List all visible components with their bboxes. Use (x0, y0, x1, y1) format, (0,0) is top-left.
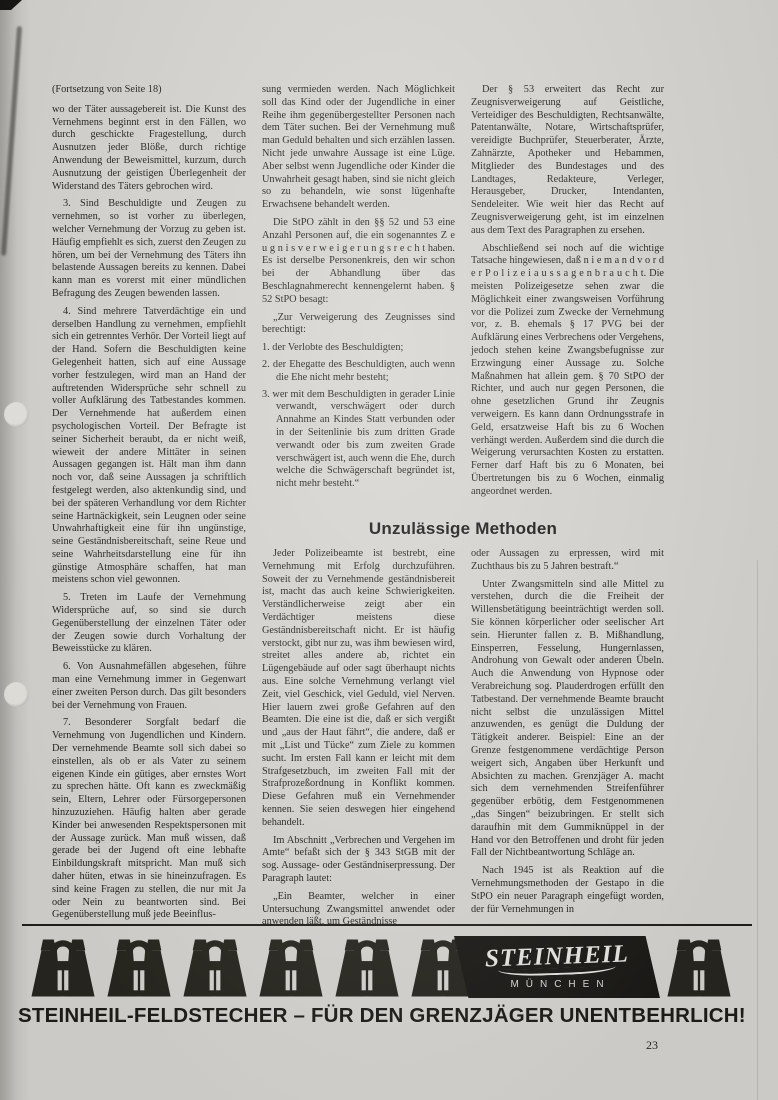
steinheil-logo: STEINHEIL MÜNCHEN (454, 936, 660, 998)
binoculars-icon (328, 938, 406, 998)
list-item: 3. wer mit dem Beschuldigten in gerader … (262, 389, 455, 491)
column-3-top: Der § 53 erweitert das Recht zur Zeugnis… (471, 84, 664, 508)
legal-list: 1. der Verlobte des Beschuldigten;2. der… (262, 342, 455, 491)
paragraph: sung vermieden werden. Nach Möglichkeit … (262, 84, 455, 212)
magazine-page: (Fortsetzung von Seite 18) wo der Täter … (0, 0, 778, 1100)
lower-section: Jeder Polizeibeamte ist bestrebt, eine V… (262, 548, 664, 932)
article-body: (Fortsetzung von Seite 18) wo der Täter … (52, 84, 664, 956)
upper-section: sung vermieden werden. Nach Möglichkeit … (262, 84, 664, 508)
continuation-note: (Fortsetzung von Seite 18) (52, 84, 246, 97)
paragraph: 3. Sind Beschuldigte und Zeugen zu verne… (52, 198, 246, 300)
paragraph: Die StPO zählt in den §§ 52 und 53 eine … (262, 217, 455, 307)
columns-2-3: sung vermieden werden. Nach Möglichkeit … (262, 84, 664, 956)
paragraph: „Zur Verweigerung des Zeugnisses sind be… (262, 312, 455, 338)
paragraph: 7. Besonderer Sorgfalt bedarf die Verneh… (52, 717, 246, 922)
paragraph-list: Der § 53 erweitert das Recht zur Zeugnis… (471, 84, 664, 499)
column-1: (Fortsetzung von Seite 18) wo der Täter … (52, 84, 246, 956)
paragraph: Abschließend sei noch auf die wichtige T… (471, 243, 664, 499)
paragraph: wo der Täter aussagebereit ist. Die Kuns… (52, 104, 246, 194)
paragraph: Unter Zwangsmitteln sind alle Mittel zu … (471, 579, 664, 861)
punch-hole (4, 402, 29, 427)
paragraph: 5. Treten im Laufe der Vernehmung Widers… (52, 592, 246, 656)
column-2-top: sung vermieden werden. Nach Möglichkeit … (262, 84, 455, 508)
ad-divider-rule (22, 924, 752, 926)
page-number: 23 (646, 1038, 658, 1053)
binoculars-icon (660, 938, 738, 998)
paragraph: Nach 1945 ist als Reaktion auf die Verne… (471, 865, 664, 916)
list-item: 1. der Verlobte des Beschuldigten; (262, 342, 455, 355)
binoculars-icon (176, 938, 254, 998)
brand-city: MÜNCHEN (503, 979, 610, 990)
column-2-bottom: Jeder Polizeibeamte ist bestrebt, eine V… (262, 548, 455, 932)
binoculars-icon (252, 938, 330, 998)
paragraph: Im Abschnitt „Verbrechen und Vergehen im… (262, 835, 455, 886)
paragraph: Der § 53 erweitert das Recht zur Zeugnis… (471, 84, 664, 238)
paragraph: 4. Sind mehrere Tatverdächtige ein und d… (52, 306, 246, 588)
paragraph-list: Die StPO zählt in den §§ 52 und 53 eine … (262, 217, 455, 337)
binoculars-icon (100, 938, 178, 998)
paragraph-list: Unter Zwangsmitteln sind alle Mittel zu … (471, 579, 664, 917)
column-3-bottom: oder Aussagen zu erpressen, wird mit Zuc… (471, 548, 664, 932)
scan-edge-shadow (0, 0, 30, 1100)
paragraph-list: 3. Sind Beschuldigte und Zeugen zu verne… (52, 198, 246, 922)
paragraph: 6. Von Ausnahmefällen abgesehen, führe m… (52, 661, 246, 712)
list-item: 2. der Ehegatte des Beschuldigten, auch … (262, 359, 455, 385)
paragraph: oder Aussagen zu erpressen, wird mit Zuc… (471, 548, 664, 574)
ad-banner: STEINHEIL MÜNCHEN (24, 938, 756, 1000)
paragraph-list: Jeder Polizeibeamte ist bestrebt, eine V… (262, 548, 455, 929)
paragraph: Jeder Polizeibeamte ist bestrebt, eine V… (262, 548, 455, 830)
punch-hole (4, 682, 29, 707)
section-heading: Unzulässige Methoden (262, 519, 664, 539)
binoculars-icon (24, 938, 102, 998)
ad-tagline: STEINHEIL-FELDSTECHER – FÜR DEN GRENZJÄG… (18, 1004, 763, 1028)
